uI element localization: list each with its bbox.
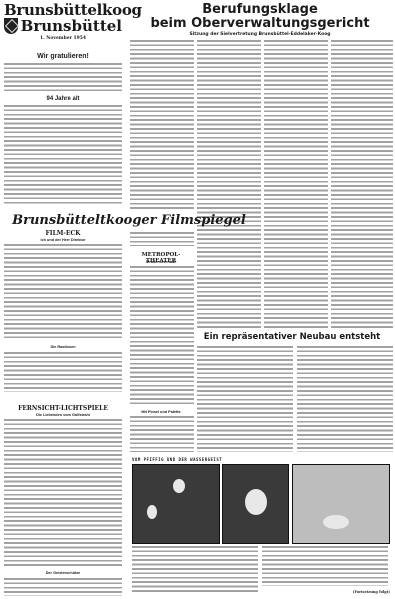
rastlosen-text — [4, 352, 122, 392]
main-article-col3 — [264, 40, 328, 330]
film-eck-film: Ich und der Herr Direktor — [4, 238, 122, 242]
congrats-heading: Wir gratulieren! — [4, 53, 122, 60]
neubau-headline: Ein repräsentativer Neubau entsteht — [192, 332, 392, 342]
fernsicht-name: FERNSICHT-LICHTSPIELE — [4, 405, 122, 412]
main-article-col1 — [130, 40, 194, 210]
headline-line2: beim Oberverwaltungsgericht — [128, 17, 392, 31]
issue-date: 1. November 1954 — [4, 36, 122, 41]
article-94-heading: 94 Jahre alt — [4, 96, 122, 102]
continued-note: (Fortsetzung folgt) — [340, 590, 390, 594]
fernsicht-text — [4, 419, 122, 567]
metropol-text — [130, 266, 194, 406]
film-col2-text — [130, 232, 194, 246]
kinder-heading: Der Geisterschütze — [4, 571, 122, 575]
comic-caption-2 — [262, 546, 388, 586]
metropol-film: Straßenserenade — [128, 260, 194, 264]
filmspiegel-title: Brunsbütteltkooger Filmspiegel — [4, 213, 254, 228]
neubau-col1 — [197, 346, 293, 452]
film-eck-name: FILM-ECK — [4, 230, 122, 237]
pinsel-heading: Mit Pinsel und Palette — [128, 410, 194, 414]
comic-title: VOM PFIFFIG UND DER WASSERGEIST — [132, 457, 222, 462]
fernsicht-film: Die Liebenden vom Golfstrahl — [4, 413, 122, 417]
kinder-text — [4, 578, 122, 596]
film-eck-text — [4, 244, 122, 339]
article-94-text — [4, 105, 122, 205]
main-article-col2 — [197, 40, 261, 330]
comic-panel-3 — [292, 464, 390, 544]
masthead-line1: Brunsbüttelkoog — [4, 2, 122, 18]
congrats-text — [4, 63, 122, 93]
comic-caption-1 — [132, 546, 258, 592]
comic-panel-1 — [132, 464, 220, 544]
neubau-col2 — [297, 346, 393, 452]
main-headline: Berufungsklage beim Oberverwaltungsgeric… — [128, 3, 392, 37]
headline-line1: Berufungsklage — [128, 3, 392, 17]
masthead: Brunsbüttelkoog Brunsbüttel 1. November … — [4, 2, 122, 41]
headline-subtitle: Sitzung der Sielvertretung Brunsbüttel-E… — [128, 32, 392, 37]
comic-panel-2 — [222, 464, 289, 544]
main-article-col4 — [331, 40, 393, 330]
coat-of-arms-icon — [4, 18, 18, 34]
pinsel-text — [130, 416, 194, 452]
masthead-line2: Brunsbüttel — [21, 18, 122, 34]
rastlosen-heading: Die Rastlosen — [4, 345, 122, 349]
